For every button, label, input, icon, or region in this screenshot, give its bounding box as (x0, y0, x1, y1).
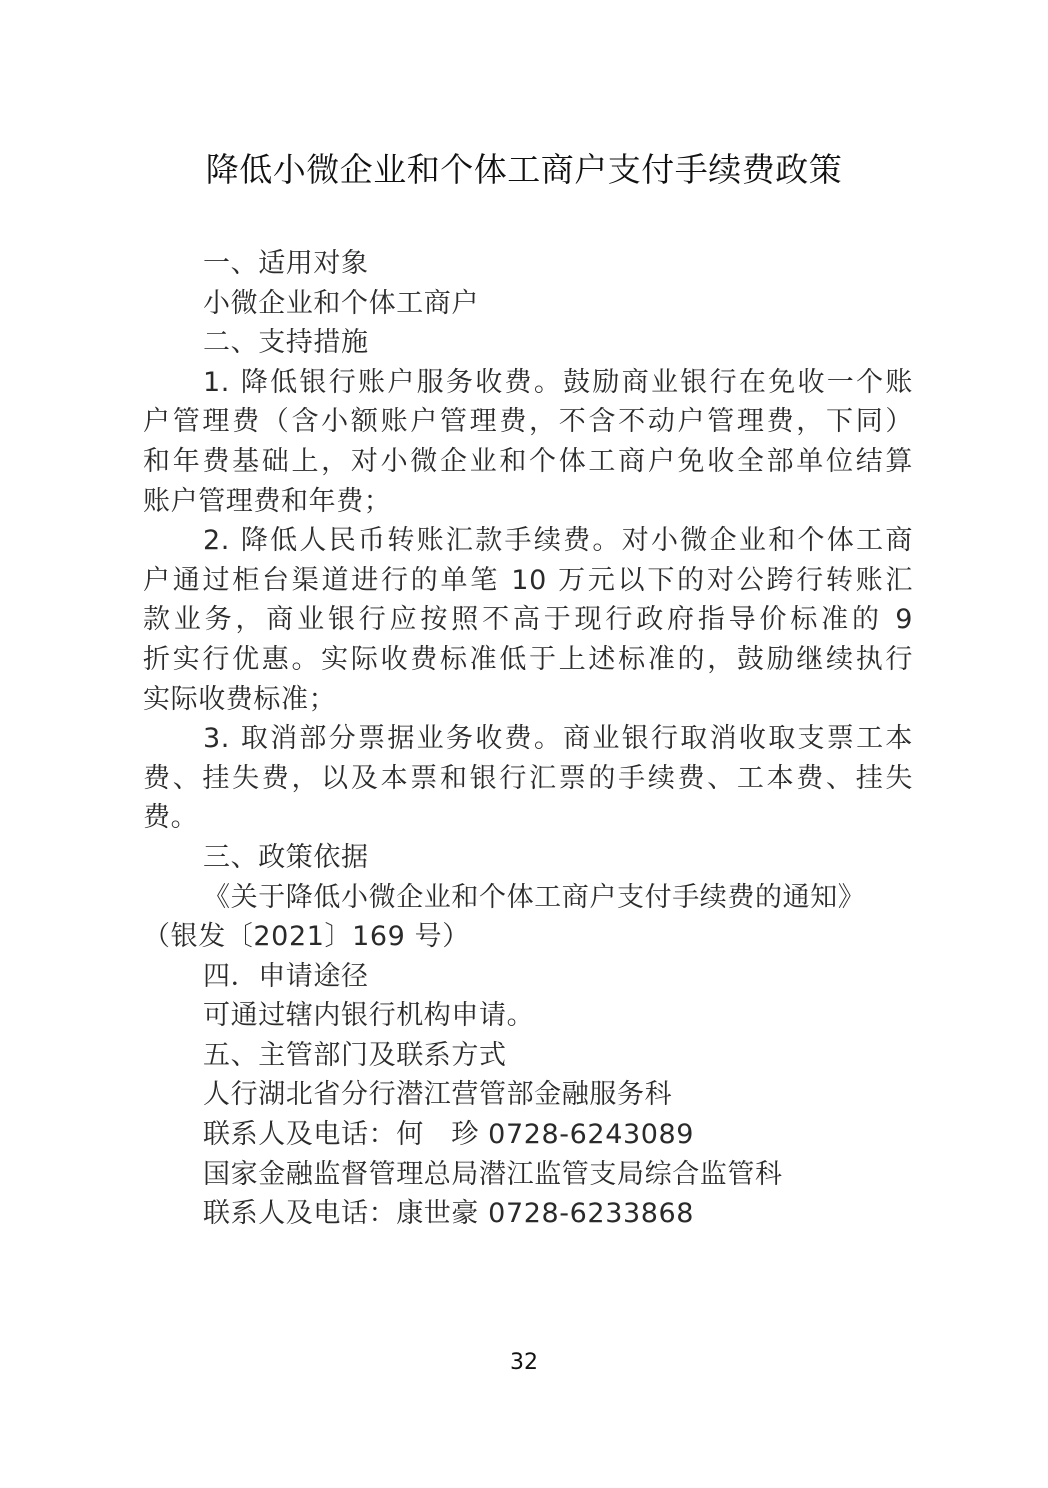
page-number: 32 (0, 1348, 1048, 1378)
policy-basis-line: （银发〔2021〕169 号） (143, 917, 913, 957)
section-heading-applicable-objects: 一、适用对象 (143, 244, 913, 284)
measure-3-line: 费。 (143, 798, 913, 838)
measure-1-line: 户管理费（含小额账户管理费，不含不动户管理费，下同） (143, 402, 913, 442)
measure-1-line: 1. 降低银行账户服务收费。鼓励商业银行在免收一个账 (143, 363, 913, 403)
contact-department: 人行湖北省分行潜江营管部金融服务科 (143, 1075, 913, 1115)
policy-basis-line: 《关于降低小微企业和个体工商户支付手续费的通知》 (143, 878, 913, 918)
section-heading-application-channel: 四．申请途径 (143, 957, 913, 997)
contact-person-phone: 联系人及电话：康世豪 0728-6233868 (143, 1194, 913, 1234)
section-heading-support-measures: 二、支持措施 (143, 323, 913, 363)
measure-1-line: 和年费基础上，对小微企业和个体工商户免收全部单位结算 (143, 442, 913, 482)
measure-3-line: 费、挂失费，以及本票和银行汇票的手续费、工本费、挂失 (143, 759, 913, 799)
measure-2-line: 户通过柜台渠道进行的单笔 10 万元以下的对公跨行转账汇 (143, 561, 913, 601)
paragraph-applicable-objects: 小微企业和个体工商户 (143, 284, 913, 324)
measure-2-line: 款业务，商业银行应按照不高于现行政府指导价标准的 9 (143, 600, 913, 640)
measure-2-line: 折实行优惠。实际收费标准低于上述标准的，鼓励继续执行 (143, 640, 913, 680)
section-heading-contacts: 五、主管部门及联系方式 (143, 1036, 913, 1076)
measure-1-line: 账户管理费和年费； (143, 482, 913, 522)
paragraph-application-channel: 可通过辖内银行机构申请。 (143, 996, 913, 1036)
measure-2-line: 2. 降低人民币转账汇款手续费。对小微企业和个体工商 (143, 521, 913, 561)
document-body: 一、适用对象 小微企业和个体工商户 二、支持措施 1. 降低银行账户服务收费。鼓… (143, 244, 913, 1234)
document-page: 降低小微企业和个体工商户支付手续费政策 一、适用对象 小微企业和个体工商户 二、… (0, 0, 1048, 1488)
section-heading-policy-basis: 三、政策依据 (143, 838, 913, 878)
page-title: 降低小微企业和个体工商户支付手续费政策 (0, 146, 1048, 194)
contact-person-phone: 联系人及电话：何 珍 0728-6243089 (143, 1115, 913, 1155)
measure-3-line: 3. 取消部分票据业务收费。商业银行取消收取支票工本 (143, 719, 913, 759)
measure-2-line: 实际收费标准； (143, 680, 913, 720)
contact-department: 国家金融监督管理总局潜江监管支局综合监管科 (143, 1155, 913, 1195)
